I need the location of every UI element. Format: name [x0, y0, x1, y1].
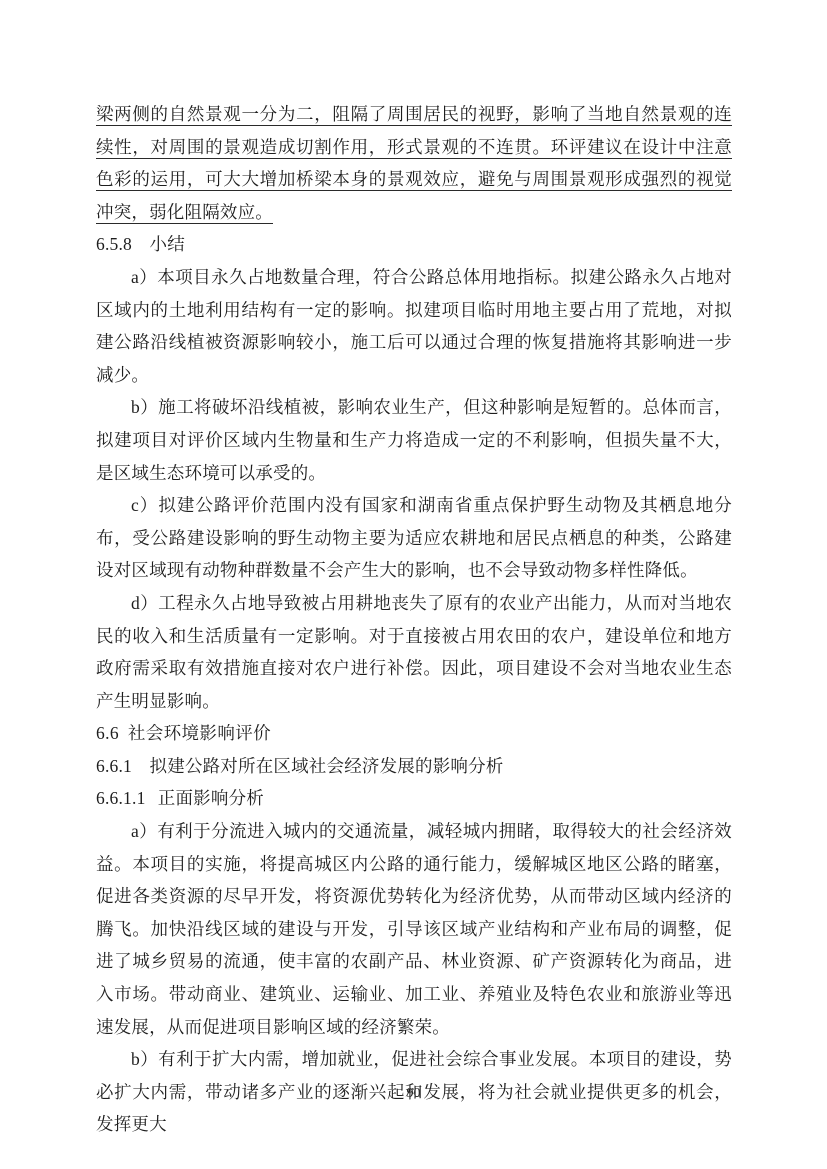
report-page: 梁两侧的自然景观一分为二，阻隔了周围居民的视野，影响了当地自然景观的连续性，对周… — [0, 0, 827, 1169]
page-number: 90 — [0, 1086, 827, 1102]
section-heading-6-6-1-1-title: 正面影响分析 — [158, 788, 264, 808]
section-heading-6-6-1-1: 6.6.1.1正面影响分析 — [96, 782, 732, 815]
section-heading-6-6-number: 6.6 — [96, 723, 119, 743]
page-content: 梁两侧的自然景观一分为二，阻隔了周围居民的视野，影响了当地自然景观的连续性，对周… — [96, 98, 732, 1141]
summary-paragraph-c: c）拟建公路评价范围内没有国家和湖南省重点保护野生动物及其栖息地分布，受公路建设… — [96, 489, 732, 587]
section-heading-6-6: 6.6社会环境影响评价 — [96, 717, 732, 750]
section-heading-6-5-8-title: 小结 — [150, 234, 185, 254]
section-heading-6-5-8-number: 6.5.8 — [96, 234, 132, 254]
summary-paragraph-a: a）本项目永久占地数量合理，符合公路总体用地指标。拟建公路永久占地对区域内的土地… — [96, 261, 732, 391]
section-heading-6-6-1-title: 拟建公路对所在区域社会经济发展的影响分析 — [150, 756, 504, 776]
section-heading-6-6-1-1-number: 6.6.1.1 — [96, 788, 146, 808]
section-heading-6-6-1-number: 6.6.1 — [96, 756, 132, 776]
continued-paragraph: 梁两侧的自然景观一分为二，阻隔了周围居民的视野，影响了当地自然景观的连续性，对周… — [96, 98, 732, 228]
section-heading-6-6-1: 6.6.1拟建公路对所在区域社会经济发展的影响分析 — [96, 750, 732, 783]
summary-paragraph-b: b）施工将破坏沿线植被，影响农业生产，但这种影响是短暂的。总体而言，拟建项目对评… — [96, 391, 732, 489]
summary-paragraph-d: d）工程永久占地导致被占用耕地丧失了原有的农业产出能力，从而对当地农民的收入和生… — [96, 587, 732, 717]
section-heading-6-5-8: 6.5.8小结 — [96, 228, 732, 261]
section-heading-6-6-title: 社会环境影响评价 — [128, 723, 271, 743]
positive-impact-paragraph-a: a）有利于分流进入城内的交通流量，减轻城内拥睹，取得较大的社会经济效益。本项目的… — [96, 815, 732, 1043]
